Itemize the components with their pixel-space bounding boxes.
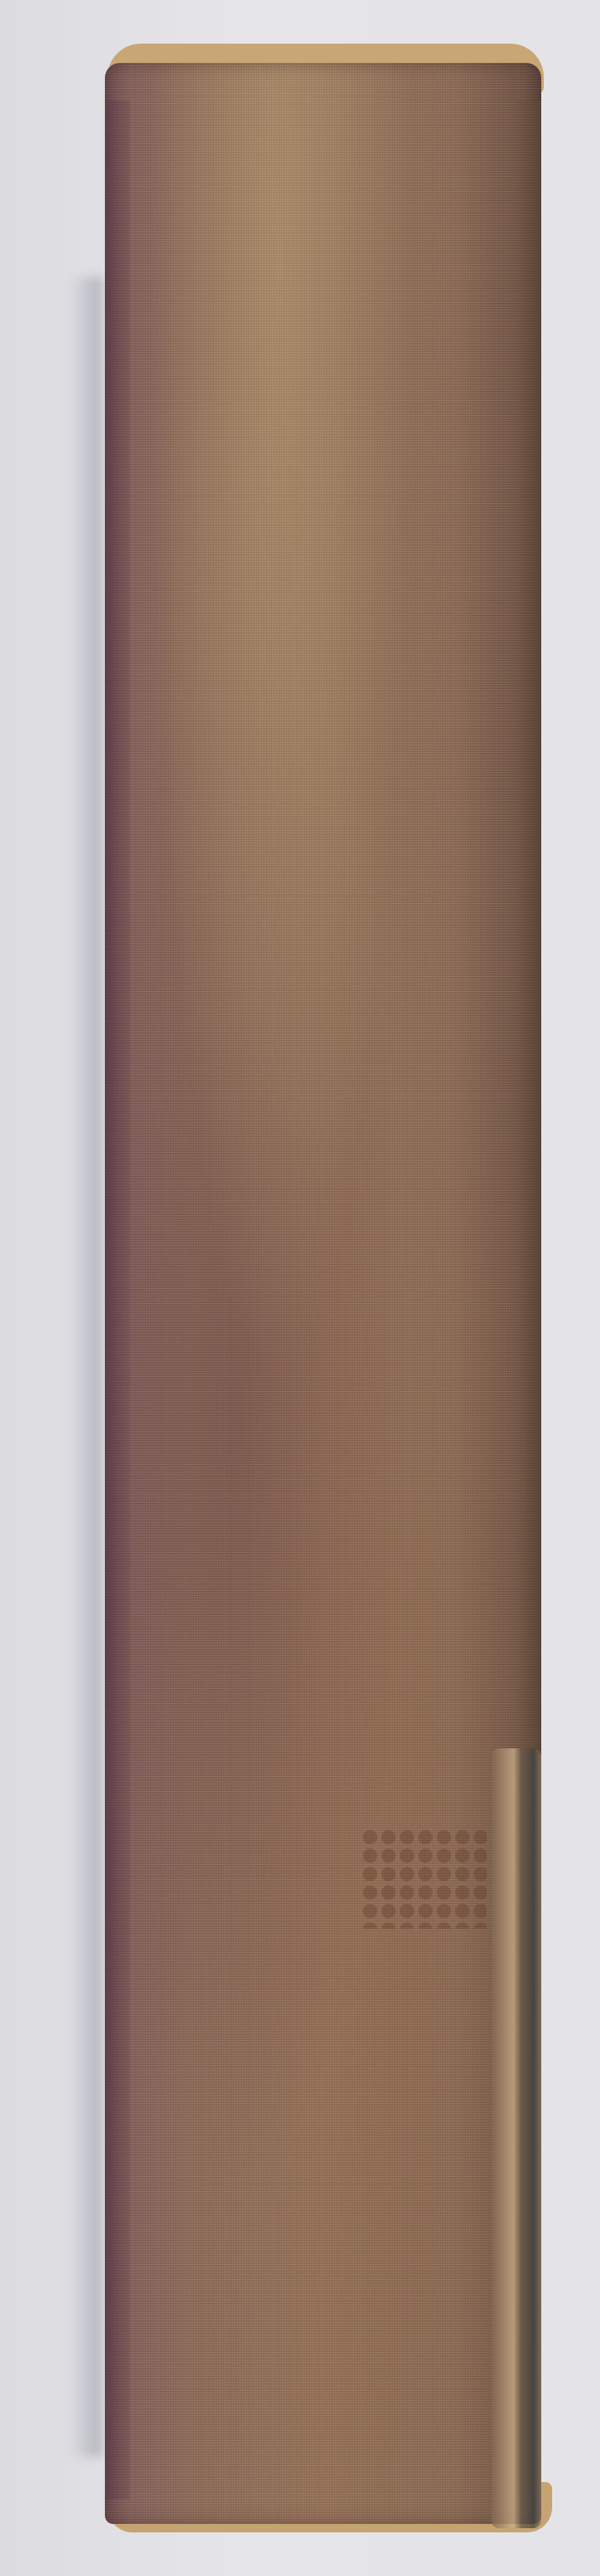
torn-cloth-area xyxy=(491,1748,541,2528)
spine-left-hinge xyxy=(105,101,130,2499)
spine-shadow xyxy=(69,277,102,2457)
book-spine xyxy=(105,63,541,2524)
stain-spots xyxy=(361,1828,487,1929)
